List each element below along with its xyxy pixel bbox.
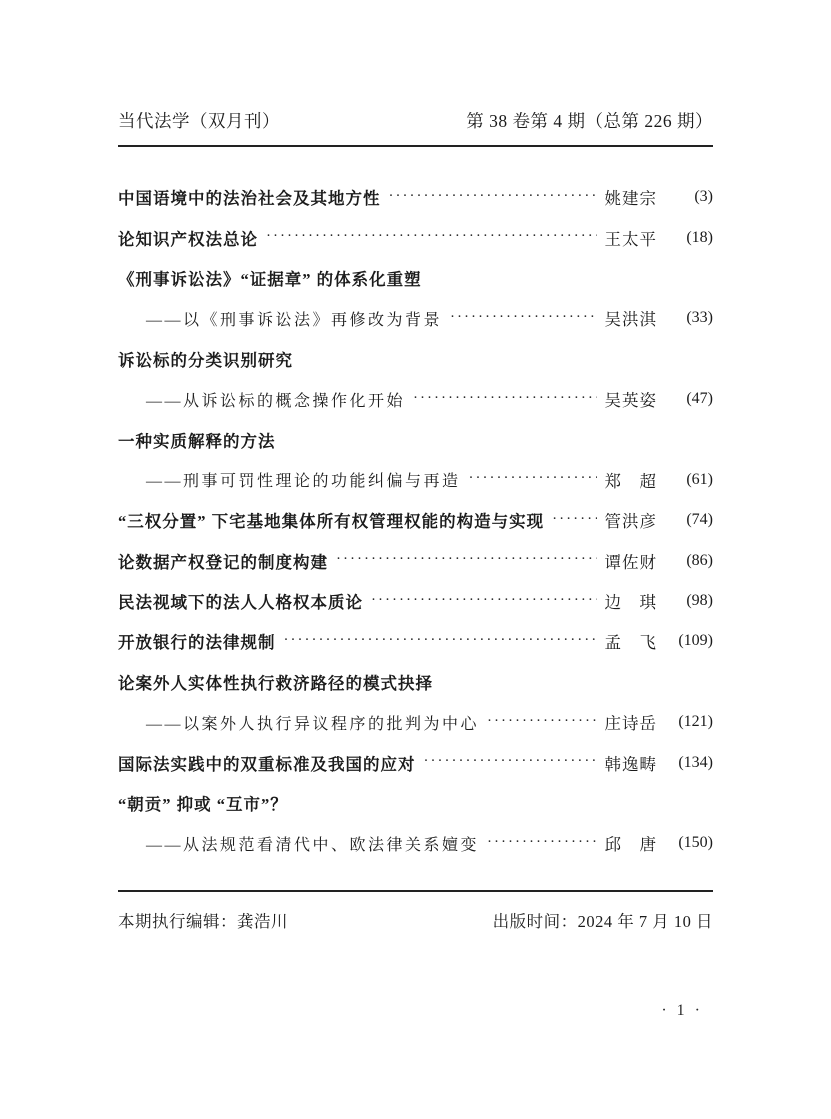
article-title: “三权分置” 下宅基地集体所有权管理权能的构造与实现 bbox=[118, 508, 544, 532]
article-title: 诉讼标的分类识别研究 bbox=[118, 347, 293, 371]
journal-header: 当代法学（双月刊） 第 38 卷第 4 期（总第 226 期） bbox=[118, 108, 713, 147]
toc-entry: 一种实质解释的方法 bbox=[118, 419, 713, 459]
article-author: 韩逸畴 bbox=[605, 751, 658, 775]
dot-leader: ········································… bbox=[552, 512, 596, 527]
article-page-number: (33) bbox=[665, 309, 713, 327]
dot-leader: ········································… bbox=[336, 552, 597, 567]
journal-toc-page: 当代法学（双月刊） 第 38 卷第 4 期（总第 226 期） 中国语境中的法治… bbox=[0, 0, 831, 1119]
toc-entry: ——以《刑事诉讼法》再修改为背景 ·······················… bbox=[146, 298, 713, 338]
toc-entry: 《刑事诉讼法》“证据章” 的体系化重塑 bbox=[118, 258, 713, 298]
article-title: ——以案外人执行异议程序的批判为中心 bbox=[146, 711, 479, 734]
article-title: 中国语境中的法治社会及其地方性 bbox=[118, 185, 381, 209]
toc-entry: 民法视域下的法人人格权本质论 ·························… bbox=[118, 581, 713, 621]
dot-leader: ········································… bbox=[487, 714, 596, 729]
article-title: 论案外人实体性执行救济路径的模式抉择 bbox=[118, 670, 433, 694]
dot-leader: ········································… bbox=[266, 229, 597, 244]
dot-leader: ········································… bbox=[450, 310, 596, 325]
article-page-number: (47) bbox=[665, 390, 713, 408]
publish-info: 出版时间：2024 年 7 月 10 日 bbox=[493, 908, 713, 932]
toc-entry: ——从法规范看清代中、欧法律关系嬗变 ·····················… bbox=[146, 823, 713, 863]
article-page-number: (86) bbox=[665, 552, 713, 570]
article-title: 论数据产权登记的制度构建 bbox=[118, 549, 328, 573]
footer: 本期执行编辑：龚浩川 出版时间：2024 年 7 月 10 日 bbox=[118, 890, 713, 932]
article-author: 姚建宗 bbox=[605, 185, 658, 209]
toc-entry: ——刑事可罚性理论的功能纠偏与再造 ······················… bbox=[146, 460, 713, 500]
dot-leader: ········································… bbox=[371, 593, 597, 608]
article-page-number: (3) bbox=[665, 188, 713, 206]
journal-title: 当代法学（双月刊） bbox=[118, 108, 280, 133]
article-author: 庄诗岳 bbox=[605, 710, 658, 734]
toc-entry: 论案外人实体性执行救济路径的模式抉择 bbox=[118, 662, 713, 702]
article-title: 论知识产权法总论 bbox=[118, 226, 258, 250]
toc-entry: 诉讼标的分类识别研究 bbox=[118, 339, 713, 379]
dot-leader: ········································… bbox=[424, 754, 597, 769]
article-author: 谭佐财 bbox=[605, 549, 658, 573]
article-page-number: (134) bbox=[665, 754, 713, 772]
dot-leader: ········································… bbox=[413, 391, 596, 406]
article-author: 孟 飞 bbox=[605, 629, 658, 653]
dot-leader: ········································… bbox=[469, 471, 597, 486]
toc-entry: 论知识产权法总论 ·······························… bbox=[118, 217, 713, 257]
toc-entry: ——以案外人执行异议程序的批判为中心 ·····················… bbox=[146, 702, 713, 742]
toc-entry: 开放银行的法律规制 ······························… bbox=[118, 621, 713, 661]
article-title: ——从诉讼标的概念操作化开始 bbox=[146, 388, 405, 411]
article-author: 吴英姿 bbox=[605, 387, 658, 411]
dot-leader: ········································… bbox=[284, 633, 597, 648]
article-page-number: (61) bbox=[665, 471, 713, 489]
dot-leader: ········································… bbox=[487, 835, 596, 850]
toc-entry: ——从诉讼标的概念操作化开始 ·························… bbox=[146, 379, 713, 419]
article-title: ——刑事可罚性理论的功能纠偏与再造 bbox=[146, 468, 461, 491]
article-title: 民法视域下的法人人格权本质论 bbox=[118, 589, 363, 613]
article-page-number: (109) bbox=[665, 632, 713, 650]
article-title: 《刑事诉讼法》“证据章” 的体系化重塑 bbox=[118, 266, 422, 290]
toc-entry: 中国语境中的法治社会及其地方性 ························… bbox=[118, 177, 713, 217]
article-title: “朝贡” 抑或 “互市”？ bbox=[118, 791, 288, 815]
article-page-number: (74) bbox=[665, 511, 713, 529]
article-page-number: (150) bbox=[665, 834, 713, 852]
article-title: 开放银行的法律规制 bbox=[118, 629, 276, 653]
article-page-number: (98) bbox=[665, 592, 713, 610]
article-title: ——从法规范看清代中、欧法律关系嬗变 bbox=[146, 832, 479, 855]
issue-info: 第 38 卷第 4 期（总第 226 期） bbox=[466, 108, 713, 133]
article-author: 吴洪淇 bbox=[605, 306, 658, 330]
article-title: ——以《刑事诉讼法》再修改为背景 bbox=[146, 307, 442, 330]
toc-entry: “朝贡” 抑或 “互市”？ bbox=[118, 783, 713, 823]
toc-list: 中国语境中的法治社会及其地方性 ························… bbox=[118, 177, 713, 864]
article-title: 一种实质解释的方法 bbox=[118, 428, 276, 452]
toc-entry: 国际法实践中的双重标准及我国的应对 ······················… bbox=[118, 742, 713, 782]
article-author: 管洪彦 bbox=[605, 508, 658, 532]
article-author: 郑 超 bbox=[605, 468, 658, 492]
editor-info: 本期执行编辑：龚浩川 bbox=[118, 908, 288, 932]
toc-entry: “三权分置” 下宅基地集体所有权管理权能的构造与实现 ·············… bbox=[118, 500, 713, 540]
article-author: 王太平 bbox=[605, 226, 658, 250]
dot-leader: ········································… bbox=[389, 189, 597, 204]
page-number: · 1 · bbox=[661, 1002, 703, 1020]
article-author: 边 琪 bbox=[605, 589, 658, 613]
article-page-number: (121) bbox=[665, 713, 713, 731]
article-author: 邱 唐 bbox=[605, 831, 658, 855]
toc-entry: 论数据产权登记的制度构建 ···························… bbox=[118, 541, 713, 581]
article-title: 国际法实践中的双重标准及我国的应对 bbox=[118, 751, 416, 775]
article-page-number: (18) bbox=[665, 229, 713, 247]
